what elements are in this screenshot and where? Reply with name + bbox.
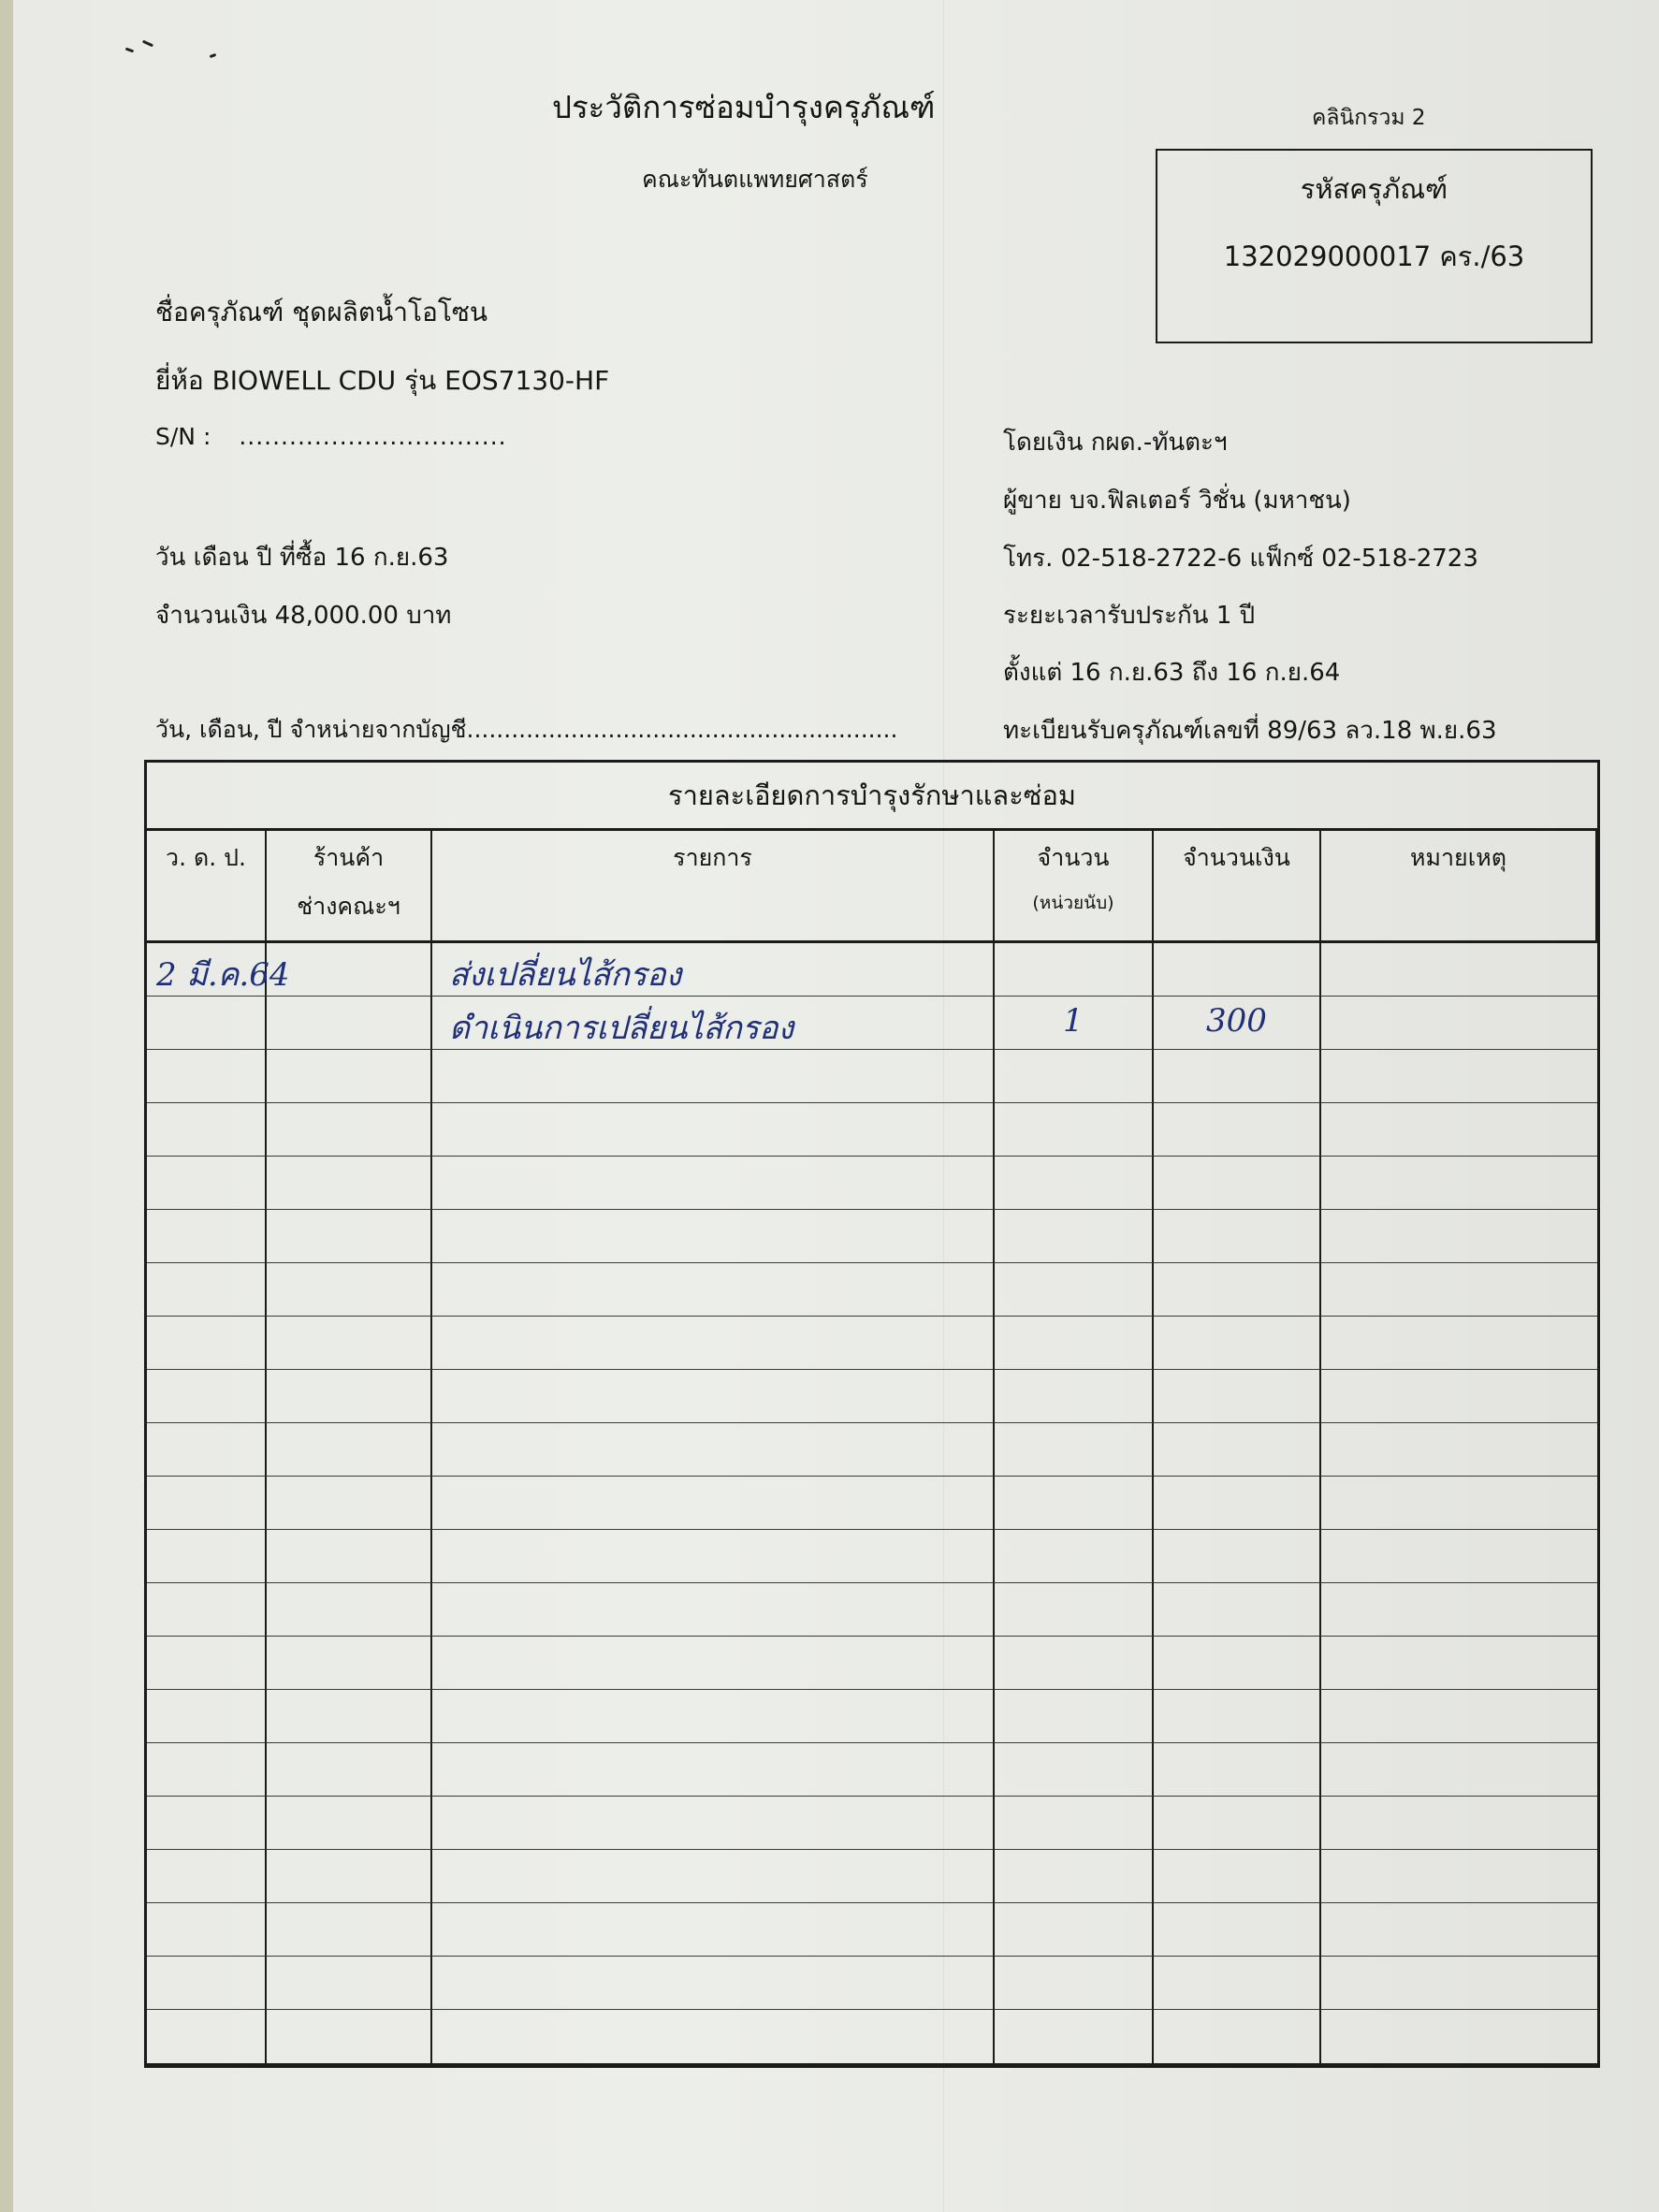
item-cell xyxy=(432,1743,995,1797)
quantity-cell: 1 xyxy=(995,997,1154,1050)
asset-code-box: รหัสครุภัณฑ์ 132029000017 คร./63 xyxy=(1156,149,1593,343)
item-cell xyxy=(432,1637,995,1690)
item-cell xyxy=(432,1103,995,1157)
amount-cell xyxy=(1154,1157,1321,1210)
date-cell xyxy=(147,1903,267,1957)
date-cell xyxy=(147,2010,267,2063)
vendor-cell xyxy=(267,1050,432,1103)
asset-name: ชื่อครุภัณฑ์ ชุดผลิตน้ำโอโซน xyxy=(155,292,488,333)
vendor-cell xyxy=(267,1530,432,1583)
amount-cell xyxy=(1154,1530,1321,1583)
note-cell xyxy=(1321,1690,1597,1743)
note-cell xyxy=(1321,1423,1597,1477)
item-cell xyxy=(432,1423,995,1477)
date-cell xyxy=(147,1263,267,1317)
quantity-cell xyxy=(995,1050,1154,1103)
vendor-cell xyxy=(267,1797,432,1850)
quantity-cell xyxy=(995,1903,1154,1957)
date-cell: 2 มี.ค.64 xyxy=(147,943,267,997)
item-cell xyxy=(432,2010,995,2063)
note-cell xyxy=(1321,1050,1597,1103)
handwritten-entry: ดำเนินการเปลี่ยนไส้กรอง xyxy=(449,1002,793,1053)
date-cell xyxy=(147,997,267,1050)
date-cell xyxy=(147,1637,267,1690)
vendor-cell xyxy=(267,1263,432,1317)
vendor-cell xyxy=(267,1743,432,1797)
item-cell xyxy=(432,1477,995,1530)
quantity-cell xyxy=(995,1103,1154,1157)
header-quantity: จำนวน(หน่วยนับ) xyxy=(995,831,1154,943)
asset-code-value: 132029000017 คร./63 xyxy=(1157,235,1591,278)
note-cell xyxy=(1321,1583,1597,1637)
vendor-cell xyxy=(267,1370,432,1423)
amount-cell xyxy=(1154,1477,1321,1530)
vendor-cell xyxy=(267,943,432,997)
date-cell xyxy=(147,1423,267,1477)
quantity-cell xyxy=(995,1423,1154,1477)
vendor-cell xyxy=(267,1903,432,1957)
item-cell xyxy=(432,1850,995,1903)
note-cell xyxy=(1321,1743,1597,1797)
maintenance-table: รายละเอียดการบำรุงรักษาและซ่อม ว. ด. ป. … xyxy=(144,760,1600,2068)
header-note: หมายเหตุ xyxy=(1321,831,1597,943)
date-cell xyxy=(147,1530,267,1583)
amount-cell xyxy=(1154,1583,1321,1637)
quantity-cell xyxy=(995,1637,1154,1690)
handwritten-entry: 1 xyxy=(995,1002,1152,1040)
paper-sheet: ประวัติการซ่อมบำรุงครุภัณฑ์ คณะทันตแพทยศ… xyxy=(13,0,1659,2212)
vendor-cell xyxy=(267,1423,432,1477)
quantity-cell xyxy=(995,2010,1154,2063)
table-grid: ว. ด. ป. ร้านค้าช่างคณะฯ รายการ จำนวน(หน… xyxy=(147,831,1597,2063)
note-cell xyxy=(1321,1477,1597,1530)
quantity-cell xyxy=(995,1210,1154,1263)
amount-cell xyxy=(1154,1690,1321,1743)
note-cell xyxy=(1321,1530,1597,1583)
vendor-cell xyxy=(267,1690,432,1743)
quantity-cell xyxy=(995,1157,1154,1210)
warranty-period: ตั้งแต่ 16 ก.ย.63 ถึง 16 ก.ย.64 xyxy=(1003,653,1340,691)
purchase-amount: จำนวนเงิน 48,000.00 บาท xyxy=(155,596,451,634)
amount-cell xyxy=(1154,943,1321,997)
vendor-cell xyxy=(267,997,432,1050)
date-cell xyxy=(147,1743,267,1797)
amount-cell xyxy=(1154,1850,1321,1903)
quantity-cell xyxy=(995,1690,1154,1743)
vendor-cell xyxy=(267,1957,432,2010)
date-cell xyxy=(147,1690,267,1743)
quantity-cell xyxy=(995,1850,1154,1903)
clinic-name: คลินิกรวม 2 xyxy=(1312,101,1426,135)
item-cell xyxy=(432,1210,995,1263)
handwritten-entry: 300 xyxy=(1154,1002,1319,1040)
note-cell xyxy=(1321,2010,1597,2063)
date-cell xyxy=(147,1050,267,1103)
amount-cell xyxy=(1154,1317,1321,1370)
registration-number: ทะเบียนรับครุภัณฑ์เลขที่ 89/63 ลว.18 พ.ย… xyxy=(1003,711,1497,749)
item-cell xyxy=(432,1370,995,1423)
item-cell xyxy=(432,1157,995,1210)
item-cell xyxy=(432,1903,995,1957)
seller: ผู้ขาย บจ.ฟิลเตอร์ วิชั่น (มหาชน) xyxy=(1003,481,1351,519)
amount-cell xyxy=(1154,1210,1321,1263)
asset-code-label: รหัสครุภัณฑ์ xyxy=(1157,167,1591,211)
amount-cell xyxy=(1154,1050,1321,1103)
note-cell xyxy=(1321,1903,1597,1957)
table-title: รายละเอียดการบำรุงรักษาและซ่อม xyxy=(147,763,1597,831)
header-amount: จำนวนเงิน xyxy=(1154,831,1321,943)
note-cell xyxy=(1321,1317,1597,1370)
amount-cell xyxy=(1154,2010,1321,2063)
date-cell xyxy=(147,1157,267,1210)
amount-cell: 300 xyxy=(1154,997,1321,1050)
note-cell xyxy=(1321,1210,1597,1263)
vendor-cell xyxy=(267,1317,432,1370)
quantity-cell xyxy=(995,1477,1154,1530)
item-cell xyxy=(432,1317,995,1370)
date-cell xyxy=(147,1370,267,1423)
header-item: รายการ xyxy=(432,831,995,943)
date-cell xyxy=(147,1103,267,1157)
ink-speck xyxy=(210,53,217,58)
note-cell xyxy=(1321,1957,1597,2010)
amount-cell xyxy=(1154,1370,1321,1423)
amount-cell xyxy=(1154,1263,1321,1317)
note-cell xyxy=(1321,1370,1597,1423)
serial-label: S/N : xyxy=(155,423,211,450)
item-cell xyxy=(432,1263,995,1317)
item-cell xyxy=(432,1050,995,1103)
date-cell xyxy=(147,1210,267,1263)
vendor-cell xyxy=(267,1850,432,1903)
date-cell xyxy=(147,1850,267,1903)
faculty-name: คณะทันตแพทยศาสตร์ xyxy=(642,161,868,198)
amount-cell xyxy=(1154,1637,1321,1690)
item-cell xyxy=(432,1530,995,1583)
header-vendor: ร้านค้าช่างคณะฯ xyxy=(267,831,432,943)
note-cell xyxy=(1321,943,1597,997)
ink-speck xyxy=(142,40,153,48)
handwritten-entry: ส่งเปลี่ยนไส้กรอง xyxy=(449,949,681,999)
funding-source: โดยเงิน กผด.-ทันตะฯ xyxy=(1003,423,1228,461)
vendor-cell xyxy=(267,1157,432,1210)
vendor-cell xyxy=(267,1103,432,1157)
disposal-date: วัน, เดือน, ปี จำหน่ายจากบัญชี..........… xyxy=(155,711,897,749)
note-cell xyxy=(1321,1263,1597,1317)
quantity-cell xyxy=(995,1370,1154,1423)
ink-speck xyxy=(125,48,134,53)
note-cell xyxy=(1321,1157,1597,1210)
vendor-cell xyxy=(267,2010,432,2063)
amount-cell xyxy=(1154,1103,1321,1157)
item-cell: ส่งเปลี่ยนไส้กรอง xyxy=(432,943,995,997)
date-cell xyxy=(147,1957,267,2010)
quantity-cell xyxy=(995,1957,1154,2010)
item-cell: ดำเนินการเปลี่ยนไส้กรอง xyxy=(432,997,995,1050)
item-cell xyxy=(432,1690,995,1743)
amount-cell xyxy=(1154,1903,1321,1957)
quantity-cell xyxy=(995,943,1154,997)
amount-cell xyxy=(1154,1743,1321,1797)
note-cell xyxy=(1321,1637,1597,1690)
note-cell xyxy=(1321,1103,1597,1157)
brand-model: ยี่ห้อ BIOWELL CDU รุ่น EOS7130-HF xyxy=(155,360,609,401)
item-cell xyxy=(432,1583,995,1637)
quantity-cell xyxy=(995,1797,1154,1850)
quantity-cell xyxy=(995,1583,1154,1637)
note-cell xyxy=(1321,1797,1597,1850)
vendor-cell xyxy=(267,1637,432,1690)
item-cell xyxy=(432,1957,995,2010)
document-title: ประวัติการซ่อมบำรุงครุภัณฑ์ xyxy=(552,82,935,132)
vendor-cell xyxy=(267,1477,432,1530)
serial-number: S/N : ................................ xyxy=(155,423,507,450)
date-cell xyxy=(147,1317,267,1370)
header-date: ว. ด. ป. xyxy=(147,831,267,943)
date-cell xyxy=(147,1583,267,1637)
vendor-cell xyxy=(267,1583,432,1637)
vendor-cell xyxy=(267,1210,432,1263)
quantity-cell xyxy=(995,1530,1154,1583)
warranty: ระยะเวลารับประกัน 1 ปี xyxy=(1003,596,1255,634)
date-cell xyxy=(147,1797,267,1850)
quantity-cell xyxy=(995,1743,1154,1797)
seller-contact: โทร. 02-518-2722-6 แฟ็กซ์ 02-518-2723 xyxy=(1003,539,1478,577)
amount-cell xyxy=(1154,1957,1321,2010)
serial-value: ................................ xyxy=(239,423,506,450)
item-cell xyxy=(432,1797,995,1850)
purchase-date: วัน เดือน ปี ที่ซื้อ 16 ก.ย.63 xyxy=(155,538,448,576)
date-cell xyxy=(147,1477,267,1530)
quantity-cell xyxy=(995,1317,1154,1370)
amount-cell xyxy=(1154,1423,1321,1477)
amount-cell xyxy=(1154,1797,1321,1850)
note-cell xyxy=(1321,1850,1597,1903)
quantity-cell xyxy=(995,1263,1154,1317)
note-cell xyxy=(1321,997,1597,1050)
